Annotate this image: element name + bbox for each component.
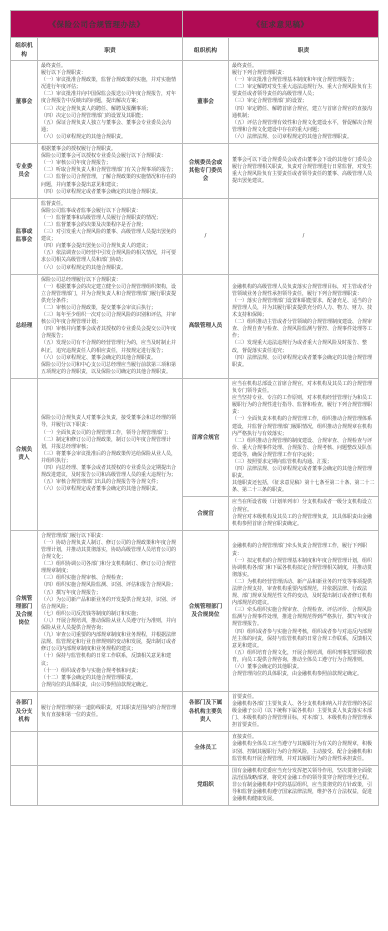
org-cell-special-committee: 专业委员会 <box>11 144 38 199</box>
duty-cell-chief-compliance-officer: 应当在机构总部设立首席合规官，对本机构及其员工的合规管理负专门领导责任。 应当坚… <box>229 378 379 497</box>
duty-cell-compliance-head: 保险公司合规负责人对董事会负责，接受董事会和总经理的领导，并履行以下职责： （一… <box>38 378 183 530</box>
duty-cell-general-manager: 保险公司总经理履行以下合规职责： （一）根据董事会的决定建立健全公司合规管理组织… <box>38 274 183 378</box>
comparison-table: 《保险公司合规管理办法》 《征求意见稿》 组织机构 职责 组织机构 职责 董事会… <box>10 10 379 806</box>
org-cell-general-manager: 总经理 <box>11 274 38 378</box>
duty-cell-party-organization: 国有金融机构党委应当充分发挥把关领导作用，坚决贯彻全面依法治国战略部署，将党对金… <box>229 765 379 805</box>
org-cell-board-right: 董事会 <box>183 61 229 144</box>
title-row: 《保险公司合规管理办法》 《征求意见稿》 <box>11 11 379 38</box>
left-org-column-header: 组织机构 <box>11 38 38 61</box>
right-document-title: 《征求意见稿》 <box>183 11 379 38</box>
org-cell-supervisors: 监事或监事会 <box>11 198 38 274</box>
org-cell-senior-management: 高级管理人员 <box>183 274 229 378</box>
table-row: 总经理 保险公司总经理履行以下合规职责： （一）根据董事会的决定建立健全公司合规… <box>11 274 379 378</box>
duty-cell-special-committee: 根据董事会的授权履行合规职责。 保险公司董事会可以授权专业委员会履行以下合规职责… <box>38 144 183 199</box>
org-cell-compliance-officer: 合规官 <box>183 497 229 530</box>
left-document-title: 《保险公司合规管理办法》 <box>11 11 183 38</box>
duty-cell-slash: / <box>229 198 379 274</box>
org-cell-party-organization: 党组织 <box>183 765 229 805</box>
table-row: 合规负责人 保险公司合规负责人对董事会负责，接受董事会和总经理的领导，并履行以下… <box>11 378 379 497</box>
org-cell-compliance-dept-left: 合规管理部门及合规岗位 <box>11 530 38 691</box>
duty-cell-dept-heads: 首要责任。 金融机构各部门主要负责人、各分支机构和纳入并表管理的各层级金融子公司… <box>229 691 379 731</box>
right-duty-column-header: 职责 <box>229 38 379 61</box>
table-row: 党组织 国有金融机构党委应当充分发挥把关领导作用，坚决贯彻全面依法治国战略部署，… <box>11 765 379 805</box>
duty-cell-senior-management: 金融机构的高级管理人员负责落实合规管理目标，对主管或者分管领域业务合规性承担领导… <box>229 274 379 378</box>
org-cell-compliance-dept-right: 合规管理部门及合规岗位 <box>183 530 229 691</box>
org-cell-chief-compliance-officer: 首席合规官 <box>183 378 229 497</box>
duty-cell-compliance-committee: 董事会可以下设合规委员会或者由董事会下设的其他专门委员会履行合规管理相关职责，负… <box>229 144 379 199</box>
empty-cell <box>11 732 38 765</box>
empty-cell <box>11 765 38 805</box>
duty-cell-all-employees: 直接责任。 金融机构全体员工应当遵守与其履职行为有关的合规规章，积极识别、控制其… <box>229 732 379 765</box>
duty-cell-board-right: 最终责任。 履行下列合规管理职责： （一）审议批准合规管理基本制度和年度合规管理… <box>229 61 379 144</box>
org-cell-board-left: 董事会 <box>11 61 38 144</box>
duty-cell-board-left: 最终责任。 履行以下合规职责： （一）审议批准合规政策，监督合规政策的实施，并对… <box>38 61 183 144</box>
empty-cell <box>38 732 183 765</box>
table-row: 各部门及分支机构 履行合规管理的第一道防线职责，对其职责范围内的合规管理负有直接… <box>11 691 379 731</box>
empty-cell <box>38 765 183 805</box>
table-row: 全体员工 直接责任。 金融机构全体员工应当遵守与其履职行为有关的合规规章，积极识… <box>11 732 379 765</box>
duty-cell-departments-branches: 履行合规管理的第一道防线职责，对其职责范围内的合规管理负有直接和第一位的责任。 <box>38 691 183 731</box>
duty-cell-compliance-dept-right: 金融机构的合规管理部门牵头负责合规管理工作，履行下列职责： （一）拟定机构的合规… <box>229 530 379 691</box>
table-row: 合规管理部门及合规岗位 合规管理部门履行以下职责： （一）协助合规负责人制订、修… <box>11 530 379 691</box>
column-header-row: 组织机构 职责 组织机构 职责 <box>11 38 379 61</box>
right-org-column-header: 组织机构 <box>183 38 229 61</box>
duty-cell-compliance-dept-left: 合规管理部门履行以下职责： （一）协助合规负责人制订、修订公司的合规政策和年度合… <box>38 530 183 691</box>
table-row: 监事或监事会 监督责任。 保险公司监事或者监事会履行以下合规职责： （一）监督董… <box>11 198 379 274</box>
org-cell-dept-heads: 各部门及下属各机构主要负责人 <box>183 691 229 731</box>
org-cell-slash: / <box>183 198 229 274</box>
duty-cell-compliance-officer: 应当在所设省级（计划单列市）分支机构或者一级分支机构设立合规官。 合规官对本级机… <box>229 497 379 530</box>
org-cell-compliance-head: 合规负责人 <box>11 378 38 530</box>
org-cell-compliance-committee: 合规委员会或其他专门委员会 <box>183 144 229 199</box>
org-cell-departments-branches: 各部门及分支机构 <box>11 691 38 731</box>
left-duty-column-header: 职责 <box>38 38 183 61</box>
org-cell-all-employees: 全体员工 <box>183 732 229 765</box>
duty-cell-supervisors: 监督责任。 保险公司监事或者监事会履行以下合规职责： （一）监督董事和高级管理人… <box>38 198 183 274</box>
table-row: 董事会 最终责任。 履行以下合规职责： （一）审议批准合规政策，监督合规政策的实… <box>11 61 379 144</box>
table-row: 专业委员会 根据董事会的授权履行合规职责。 保险公司董事会可以授权专业委员会履行… <box>11 144 379 199</box>
